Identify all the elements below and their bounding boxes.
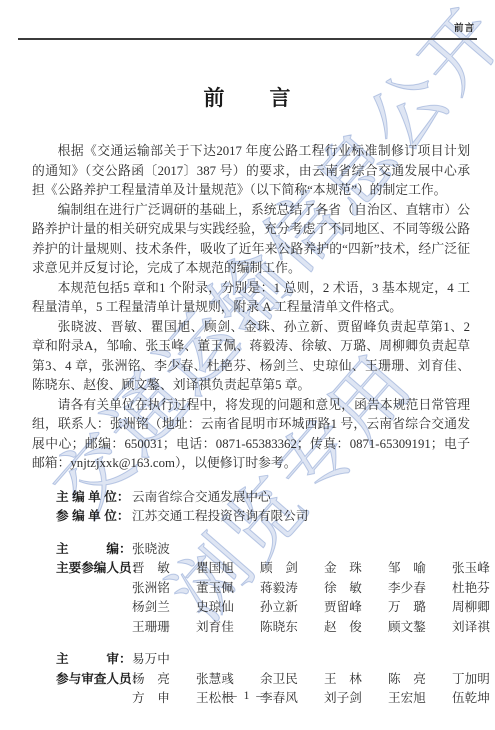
person-name: 刘译祺 — [452, 618, 495, 638]
main-editors-names: 晋 敏瞿国旭顾 剑金 珠邹 喻张玉峰张洲铭董玉佩蒋毅涛徐 敏李少春杜艳芬杨剑兰史… — [132, 559, 495, 637]
person-name: 张慧彧 — [196, 670, 260, 690]
reviewers-line: 参与审查人员： 杨 亮张慧彧余卫民王 林陈 亮丁加明方 申王松根李春风刘子剑王宏… — [56, 670, 470, 709]
preface-paragraph: 请各有关单位在执行过程中，将发现的问题和意见，函告本规范日常管理组，联系人：张洲… — [32, 396, 470, 474]
person-name: 王 林 — [324, 670, 388, 690]
main-editors-line: 主要参编人员： 晋 敏瞿国旭顾 剑金 珠邹 喻张玉峰张洲铭董玉佩蒋毅涛徐 敏李少… — [56, 559, 470, 637]
person-name: 顾文鏊 — [388, 618, 452, 638]
chief-unit-value: 云南省综合交通发展中心 — [132, 488, 271, 508]
person-name: 丁加明 — [452, 670, 495, 690]
person-name: 蒋毅涛 — [260, 579, 324, 599]
page-number: — 1 — — [0, 690, 495, 702]
credit-group-editors: 主 编： 张晓波 主要参编人员： 晋 敏瞿国旭顾 剑金 珠邹 喻张玉峰张洲铭董玉… — [56, 540, 470, 638]
chief-reviewer-line: 主 审： 易万中 — [56, 650, 470, 670]
person-name: 赵 俊 — [324, 618, 388, 638]
name-row: 杨剑兰史琼仙孙立新贾留峰万 璐周柳卿 — [132, 598, 495, 618]
person-name: 杜艳芬 — [452, 579, 495, 599]
person-name: 徐 敏 — [324, 579, 388, 599]
person-name: 金 珠 — [324, 559, 388, 579]
person-name: 贾留峰 — [324, 598, 388, 618]
person-name: 瞿国旭 — [196, 559, 260, 579]
person-name: 杨 亮 — [132, 670, 196, 690]
person-name: 顾 剑 — [260, 559, 324, 579]
participating-unit-line: 参 编 单 位： 江苏交通工程投资咨询有限公司 — [56, 507, 470, 527]
person-name: 史琼仙 — [196, 598, 260, 618]
person-name: 李少春 — [388, 579, 452, 599]
chief-reviewer-value: 易万中 — [132, 650, 170, 670]
participating-unit-value: 江苏交通工程投资咨询有限公司 — [132, 507, 308, 527]
preface-paragraph: 本规范包括5 章和1 个附录，分别是：1 总则，2 术语，3 基本规定，4 工程… — [32, 279, 470, 318]
person-name: 陈晓东 — [260, 618, 324, 638]
person-name: 周柳卿 — [452, 598, 495, 618]
person-name: 晋 敏 — [132, 559, 196, 579]
person-name: 邹 喻 — [388, 559, 452, 579]
preface-body: 根据《交通运输部关于下达2017 年度公路工程行业标准制修订项目计划的通知》（交… — [32, 142, 470, 709]
name-row: 晋 敏瞿国旭顾 剑金 珠邹 喻张玉峰 — [132, 559, 495, 579]
chief-editor-value: 张晓波 — [132, 540, 170, 560]
header-rule — [18, 38, 477, 40]
preface-paragraph: 编制组在进行广泛调研的基础上，系统总结了各省（自治区、直辖市）公路养护计量的相关… — [32, 201, 470, 279]
credit-group-units: 主 编 单 位： 云南省综合交通发展中心 参 编 单 位： 江苏交通工程投资咨询… — [56, 488, 470, 527]
name-row: 张洲铭董玉佩蒋毅涛徐 敏李少春杜艳芬 — [132, 579, 495, 599]
chief-unit-label: 主 编 单 位： — [56, 488, 132, 508]
preface-paragraph: 根据《交通运输部关于下达2017 年度公路工程行业标准制修订项目计划的通知》（交… — [32, 142, 470, 201]
person-name: 刘育佳 — [196, 618, 260, 638]
page-title: 前 言 — [0, 82, 495, 112]
person-name: 董玉佩 — [196, 579, 260, 599]
name-row: 王珊珊刘育佳陈晓东赵 俊顾文鏊刘译祺 — [132, 618, 495, 638]
person-name: 张洲铭 — [132, 579, 196, 599]
chief-editor-line: 主 编： 张晓波 — [56, 540, 470, 560]
participating-unit-label: 参 编 单 位： — [56, 507, 132, 527]
person-name: 余卫民 — [260, 670, 324, 690]
person-name: 万 璐 — [388, 598, 452, 618]
page-header: 前言 — [0, 0, 495, 40]
person-name: 王珊珊 — [132, 618, 196, 638]
person-name: 孙立新 — [260, 598, 324, 618]
running-head: 前言 — [18, 20, 477, 34]
chief-unit-line: 主 编 单 位： 云南省综合交通发展中心 — [56, 488, 470, 508]
chief-editor-label: 主 编： — [56, 540, 132, 560]
reviewers-names: 杨 亮张慧彧余卫民王 林陈 亮丁加明方 申王松根李春风刘子剑王宏旭伍乾坤 — [132, 670, 495, 709]
name-row: 杨 亮张慧彧余卫民王 林陈 亮丁加明 — [132, 670, 495, 690]
person-name: 杨剑兰 — [132, 598, 196, 618]
credits-section: 主 编 单 位： 云南省综合交通发展中心 参 编 单 位： 江苏交通工程投资咨询… — [56, 488, 470, 709]
chief-reviewer-label: 主 审： — [56, 650, 132, 670]
reviewers-label: 参与审查人员： — [56, 670, 132, 690]
document-page: 交通运输信息公开 浏览专用 前言 前 言 根据《交通运输部关于下达2017 年度… — [0, 0, 495, 730]
main-editors-label: 主要参编人员： — [56, 559, 132, 579]
person-name: 张玉峰 — [452, 559, 495, 579]
preface-paragraph: 张晓波、晋敏、瞿国旭、顾剑、金珠、孙立新、贾留峰负责起草第1、2 章和附录A，邹… — [32, 318, 470, 396]
person-name: 陈 亮 — [388, 670, 452, 690]
